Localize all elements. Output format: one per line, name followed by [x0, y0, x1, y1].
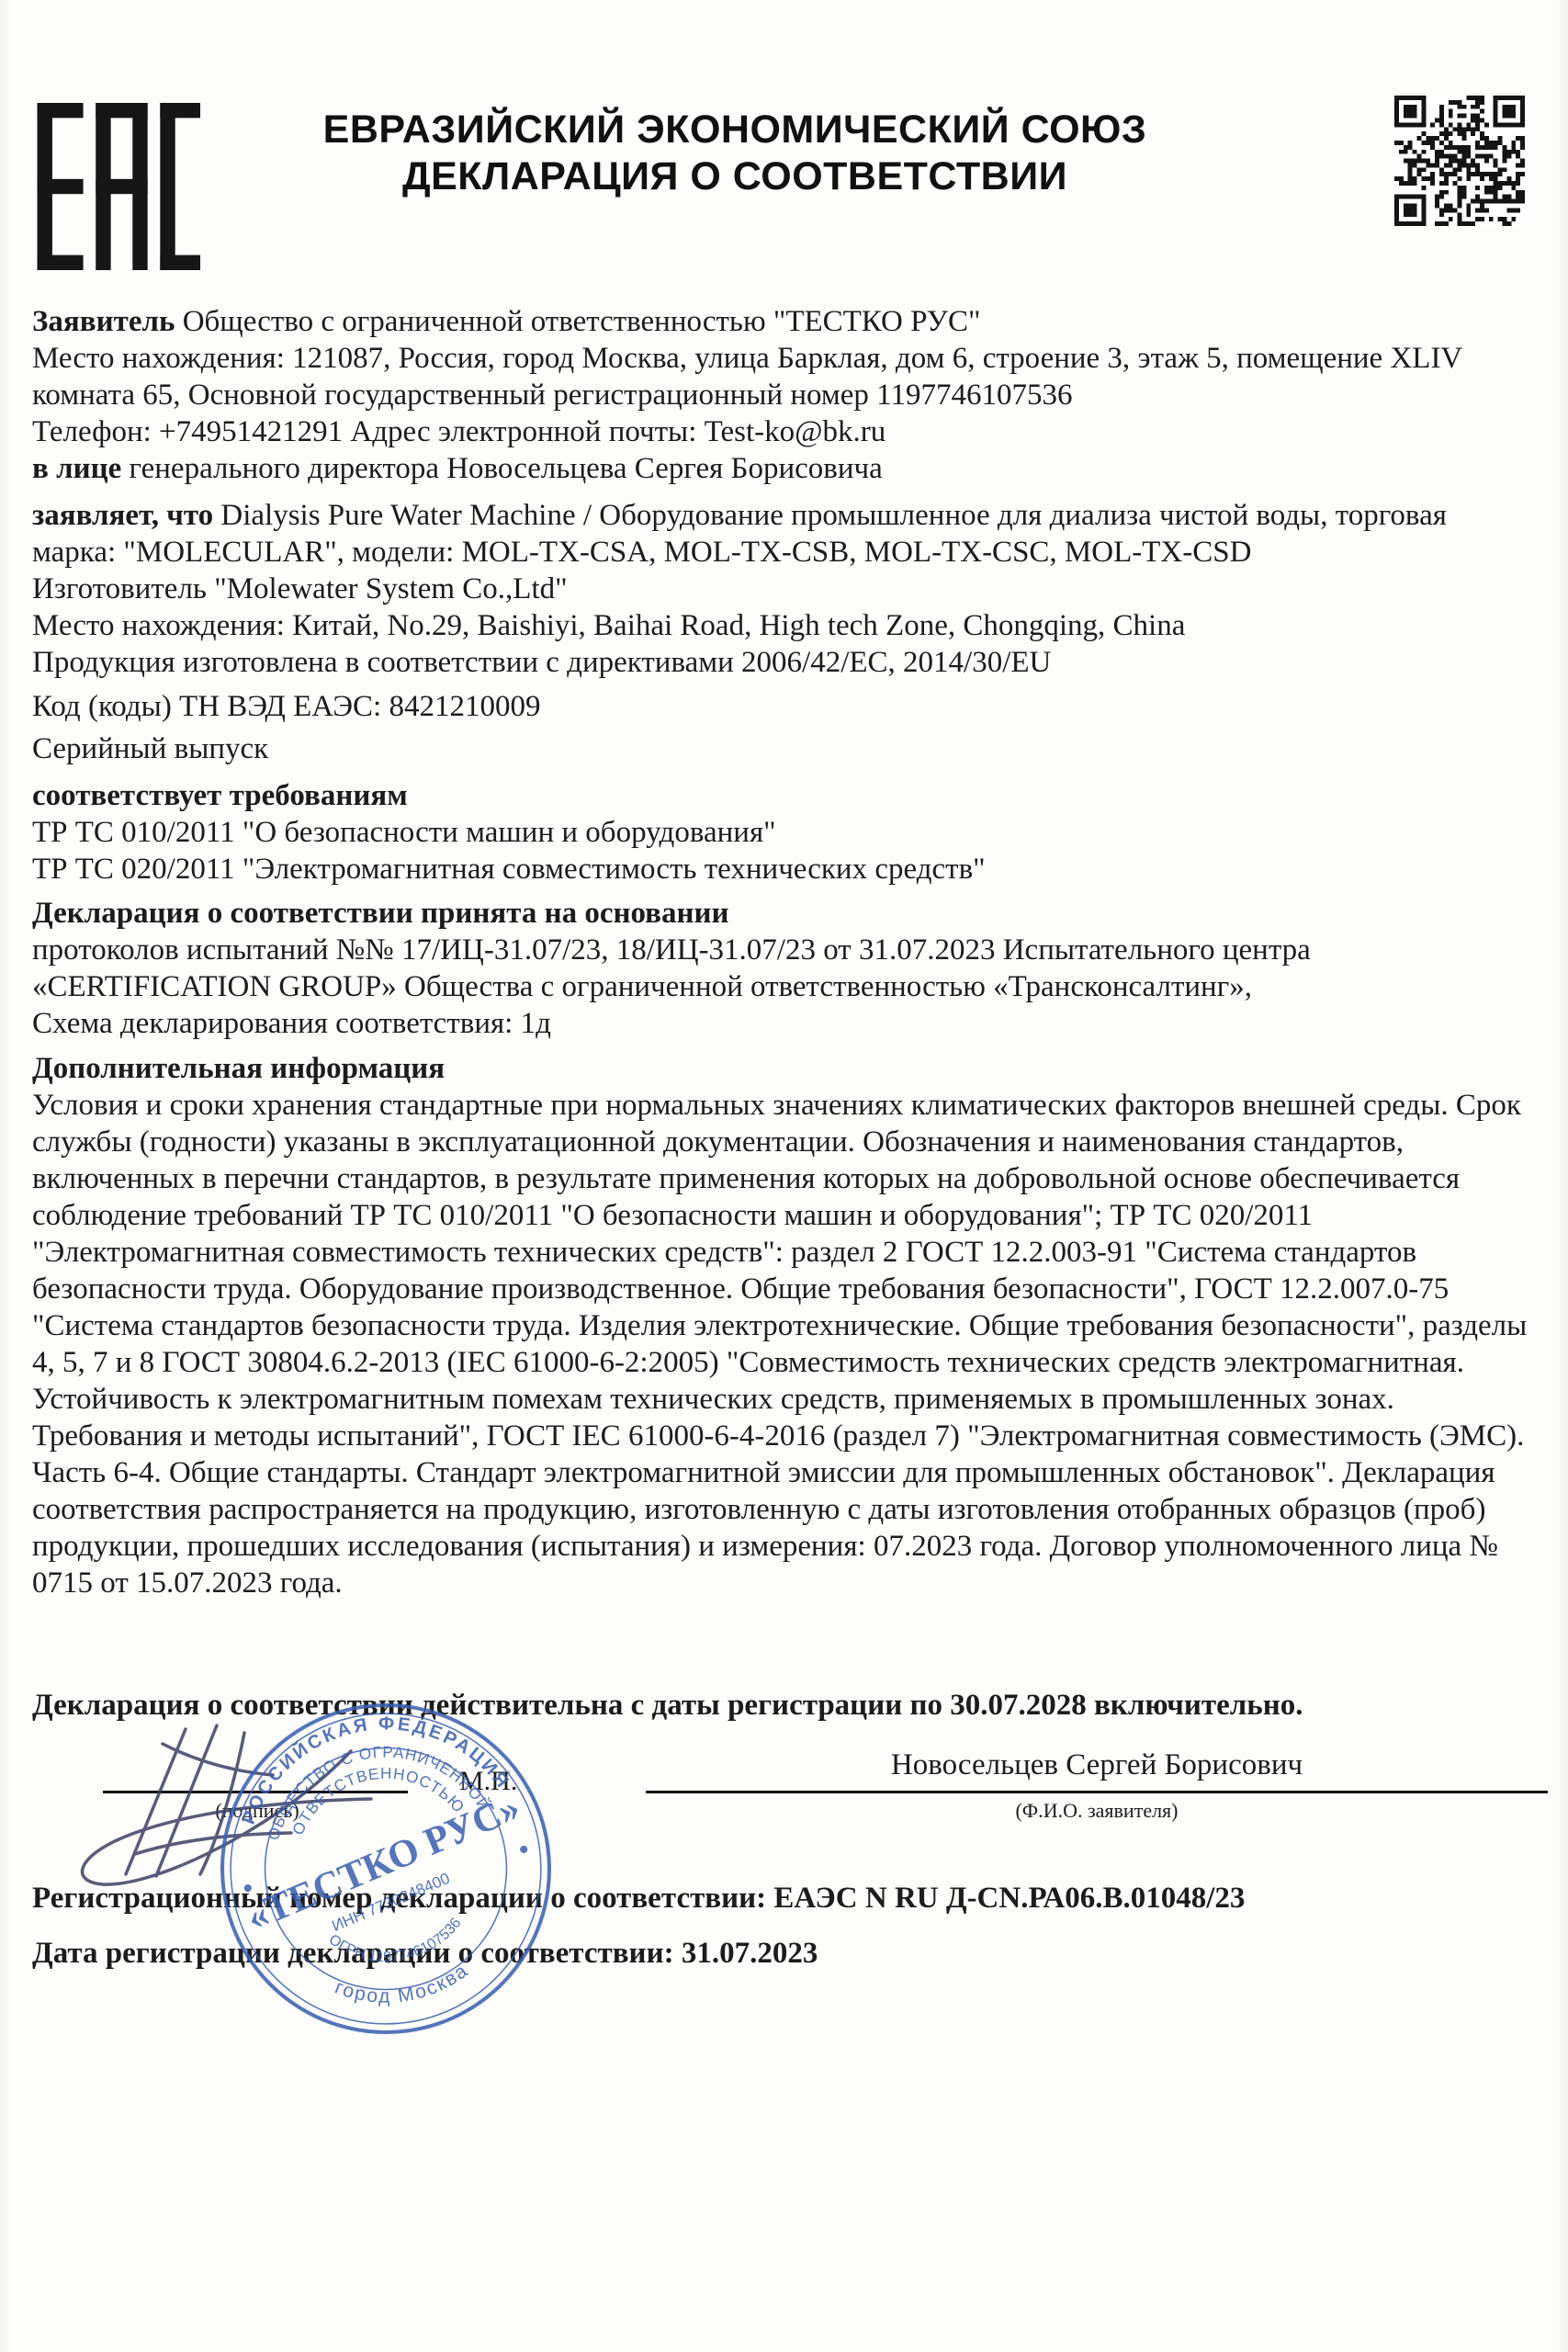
regulation-line: ТР ТС 020/2011 "Электромагнитная совмест… [32, 851, 1529, 888]
fullname-line [646, 1791, 1548, 1793]
directives-line: Продукция изготовлена в соответствии с д… [32, 644, 1529, 681]
manufacturer-line: Изготовитель "Molewater System Co.,Ltd" [32, 571, 1529, 607]
compliance-heading: соответствует требованиям [32, 777, 1529, 814]
in-person-label: в лице [32, 452, 121, 485]
title-line-union: ЕВРАЗИЙСКИЙ ЭКОНОМИЧЕСКИЙ СОЮЗ [234, 107, 1235, 153]
applicant-address: Место нахождения: 121087, Россия, город … [32, 340, 1529, 413]
applicant-line: Заявитель Общество с ограниченной ответс… [32, 303, 1529, 340]
applicant-in-person: в лице генерального директора Новосельце… [32, 450, 1529, 487]
eac-logo [33, 99, 200, 274]
document-title: ЕВРАЗИЙСКИЙ ЭКОНОМИЧЕСКИЙ СОЮЗ ДЕКЛАРАЦИ… [234, 107, 1235, 200]
title-line-declaration: ДЕКЛАРАЦИЯ О СООТВЕТСТВИИ [234, 153, 1235, 200]
basis-heading: Декларация о соответствии принята на осн… [32, 895, 1529, 932]
applicant-fullname: Новосельцев Сергей Борисович [646, 1748, 1548, 1782]
release-type-line: Серийный выпуск [32, 730, 1529, 767]
basis-scheme: Схема декларирования соответствия: 1д [32, 1005, 1529, 1042]
applicant-section: Заявитель Общество с ограниченной ответс… [32, 303, 1529, 487]
manufacturer-address: Место нахождения: Китай, No.29, Baishiyi… [32, 607, 1529, 644]
compliance-section: соответствует требованиям ТР ТС 010/2011… [32, 777, 1529, 888]
basis-section: Декларация о соответствии принята на осн… [32, 895, 1529, 1042]
fullname-caption: (Ф.И.О. заявителя) [646, 1799, 1548, 1823]
applicant-label: Заявитель [32, 305, 175, 338]
applicant-phone-email: Телефон: +74951421291 Адрес электронной … [32, 413, 1529, 450]
product-section: заявляет, что Dialysis Pure Water Machin… [32, 497, 1529, 767]
declaration-document: ЕВРАЗИЙСКИЙ ЭКОНОМИЧЕСКИЙ СОЮЗ ДЕКЛАРАЦИ… [0, 0, 1568, 2352]
additional-info-section: Дополнительная информация Условия и срок… [32, 1050, 1529, 1601]
in-person-name: генерального директора Новосельцева Серг… [121, 452, 883, 485]
stamp-bottom-text: город Москва [330, 1958, 476, 2016]
product-declares: заявляет, что Dialysis Pure Water Machin… [32, 497, 1529, 571]
qr-code [1394, 96, 1525, 226]
company-stamp: РОССИЙСКАЯ ФЕДЕРАЦИЯ ОБЩЕСТВО С ОГРАНИЧЕ… [219, 1702, 553, 2036]
declares-label: заявляет, что [32, 499, 213, 532]
applicant-name: Общество с ограниченной ответственностью… [175, 305, 980, 338]
additional-heading: Дополнительная информация [32, 1050, 1529, 1087]
basis-protocols: протоколов испытаний №№ 17/ИЦ-31.07/23, … [32, 932, 1529, 1005]
declares-text: Dialysis Pure Water Machine / Оборудован… [32, 499, 1447, 569]
svg-text:город Москва: город Москва [330, 1958, 476, 2016]
additional-text: Условия и сроки хранения стандартные при… [32, 1087, 1529, 1601]
regulation-line: ТР ТС 010/2011 "О безопасности машин и о… [32, 814, 1529, 851]
tnved-code-line: Код (коды) ТН ВЭД ЕАЭС: 8421210009 [32, 688, 1529, 725]
